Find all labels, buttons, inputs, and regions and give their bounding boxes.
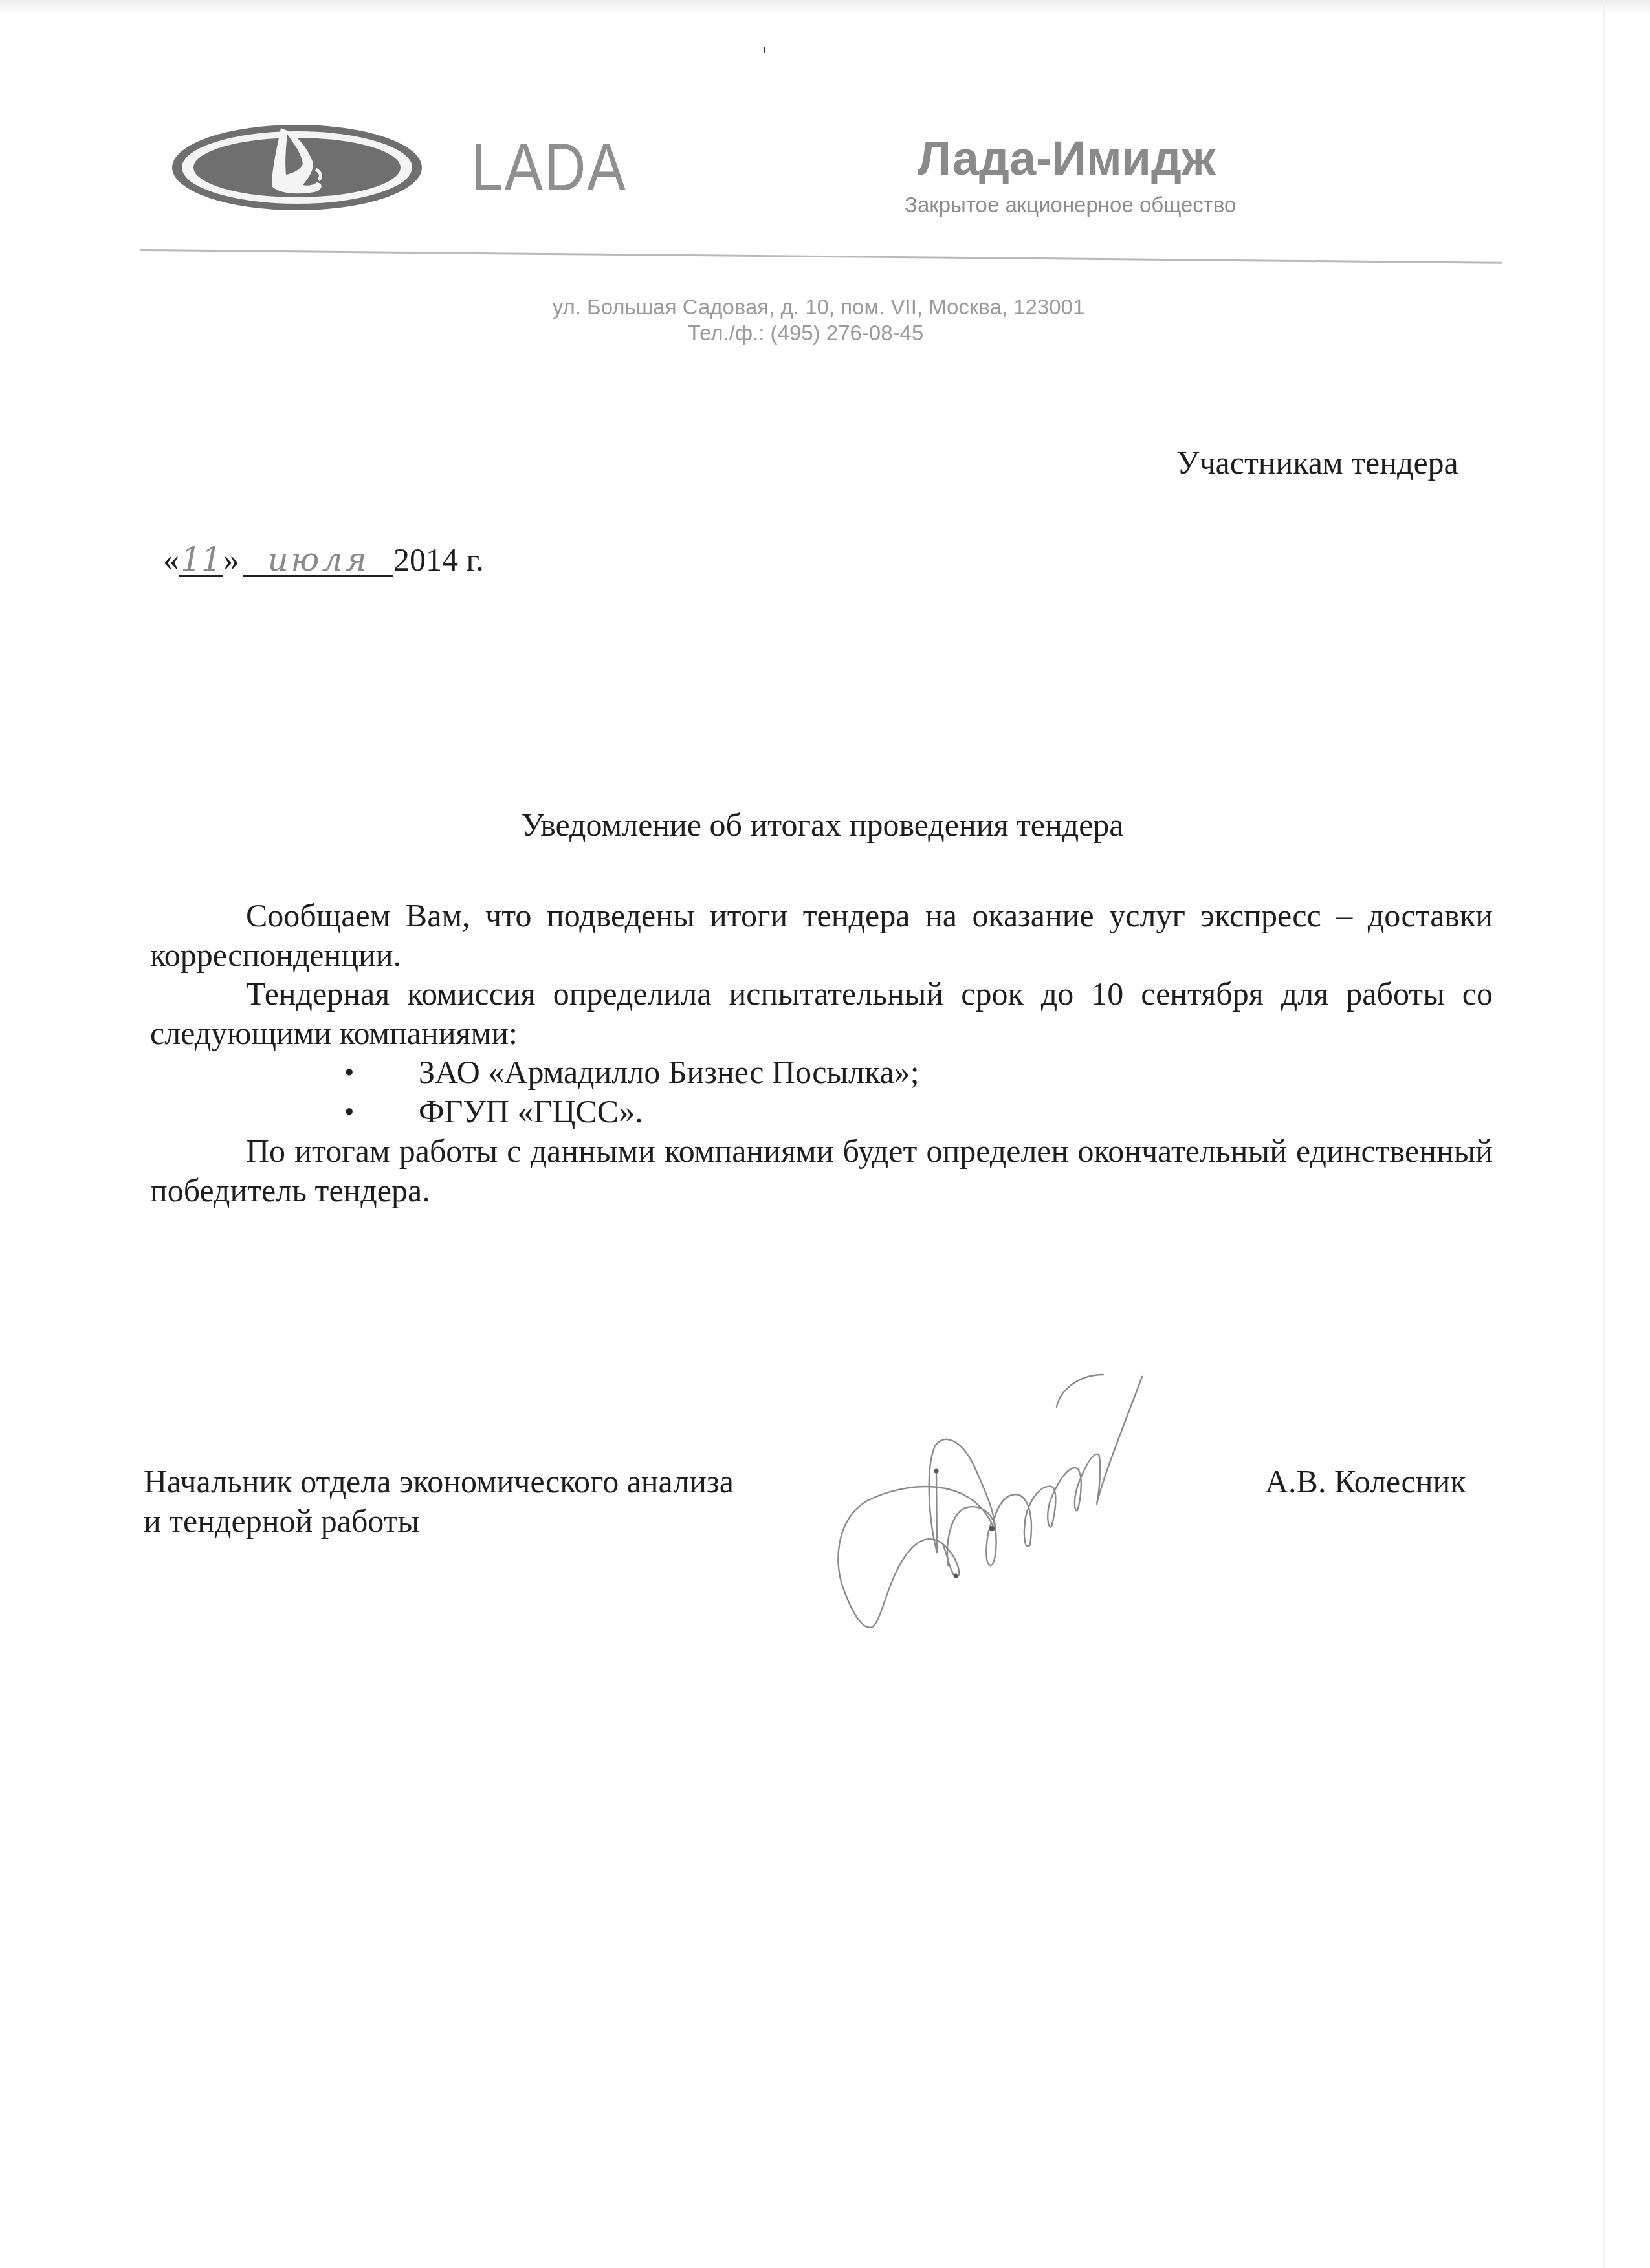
- date-open-quote: «: [163, 541, 179, 578]
- lada-boat-emblem-icon: [170, 123, 425, 212]
- handwritten-signature-icon: [828, 1371, 1229, 1663]
- company-name: Лада-Имидж: [918, 133, 1216, 184]
- company-name-item: ФГУП «ГЦСС».: [419, 1093, 643, 1129]
- signer-position: Начальник отдела экономического анализа …: [144, 1462, 734, 1541]
- company-address: ул. Большая Садовая, д. 10, пом. VII, Мо…: [0, 294, 1650, 346]
- date-close-quote: »: [223, 541, 239, 578]
- bullet-icon: •: [344, 1092, 354, 1131]
- brand-name: LADA: [471, 134, 627, 201]
- date-day-handwritten: 11: [179, 544, 223, 577]
- scan-artifact: [764, 47, 765, 53]
- closing-paragraph: По итогам работы с данными компаниями бу…: [150, 1131, 1493, 1210]
- signer-position-line: и тендерной работы: [144, 1501, 734, 1541]
- date-year: 2014 г.: [393, 541, 484, 578]
- document-date: «11»июля2014 г.: [163, 540, 484, 579]
- phone-fax-line: Тел./ф.: (495) 276-08-45: [0, 320, 1631, 346]
- list-item: • ФГУП «ГЦСС».: [150, 1092, 1493, 1131]
- company-legal-form: Закрытое акционерное общество: [905, 192, 1236, 218]
- date-month-handwritten: июля: [243, 544, 393, 577]
- company-list: • ЗАО «Армадилло Бизнес Посылка»; • ФГУП…: [150, 1052, 1493, 1131]
- address-line: ул. Большая Садовая, д. 10, пом. VII, Мо…: [0, 294, 1644, 320]
- paragraph: Тендерная комиссия определила испытатель…: [150, 974, 1493, 1052]
- list-item: • ЗАО «Армадилло Бизнес Посылка»;: [150, 1052, 1493, 1092]
- signer-position-line: Начальник отдела экономического анализа: [144, 1462, 734, 1501]
- document-body: Сообщаем Вам, что подведены итоги тендер…: [150, 896, 1493, 1210]
- company-name-item: ЗАО «Армадилло Бизнес Посылка»;: [419, 1054, 919, 1090]
- bullet-icon: •: [344, 1052, 354, 1092]
- document-title: Уведомление об итогах проведения тендера: [0, 805, 1650, 844]
- header-divider: [140, 249, 1502, 264]
- paragraph: Сообщаем Вам, что подведены итоги тендер…: [150, 896, 1493, 974]
- addressee: Участникам тендера: [1176, 443, 1458, 482]
- scan-edge-shading: [0, 0, 1650, 14]
- signer-name: А.В. Колесник: [1265, 1462, 1466, 1501]
- document-title-text: Уведомление об итогах проведения тендера: [521, 807, 1123, 843]
